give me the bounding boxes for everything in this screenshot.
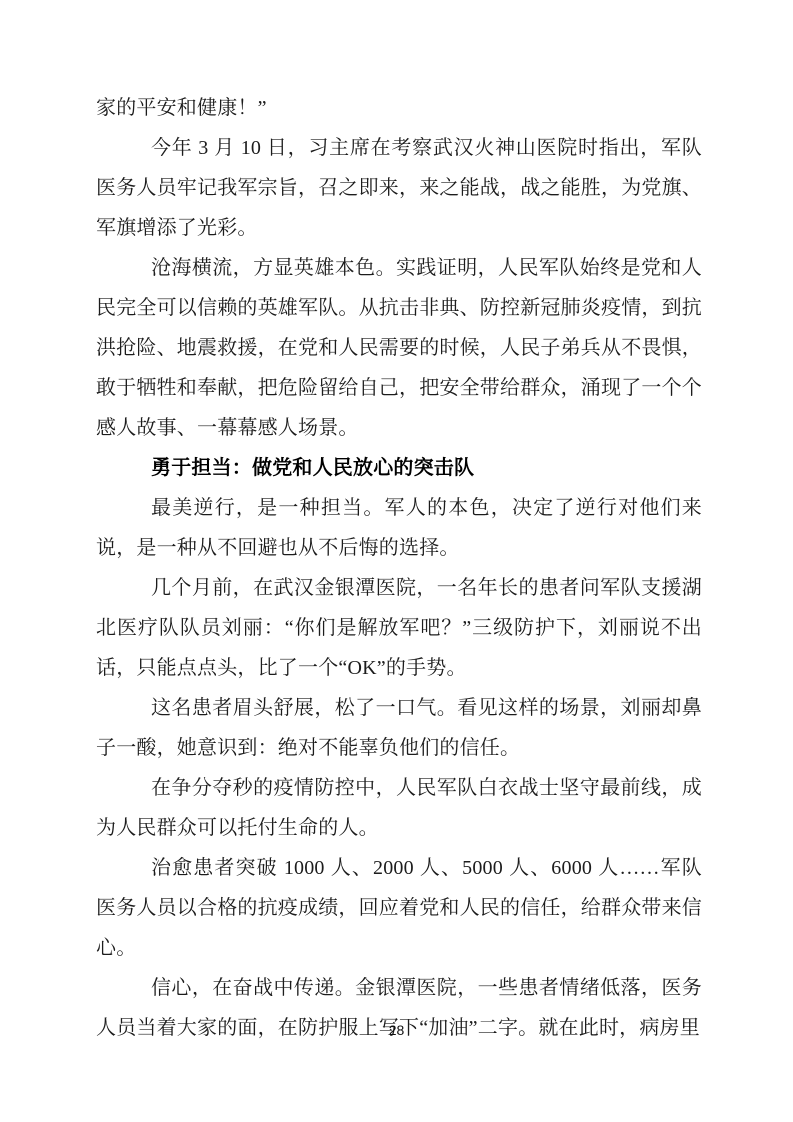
paragraph: 几个月前，在武汉金银潭医院，一名年长的患者问军队支援湖北医疗队队员刘丽：“你们是… [96,568,702,688]
paragraph: 家的平安和健康！” [96,88,702,128]
paragraph: 治愈患者突破 1000 人、2000 人、5000 人、6000 人……军队医务… [96,848,702,968]
paragraph: 今年 3 月 10 日，习主席在考察武汉火神山医院时指出，军队医务人员牢记我军宗… [96,128,702,248]
document-page: 家的平安和健康！”今年 3 月 10 日，习主席在考察武汉火神山医院时指出，军队… [0,0,793,1122]
paragraph: 最美逆行，是一种担当。军人的本色，决定了逆行对他们来说，是一种从不回避也从不后悔… [96,488,702,568]
paragraph: 在争分夺秒的疫情防控中，人民军队白衣战士坚守最前线，成为人民群众可以托付生命的人… [96,768,702,848]
paragraph: 沧海横流，方显英雄本色。实践证明，人民军队始终是党和人民完全可以信赖的英雄军队。… [96,248,702,448]
page-number: 28 [0,1020,793,1040]
paragraph: 这名患者眉头舒展，松了一口气。看见这样的场景，刘丽却鼻子一酸，她意识到：绝对不能… [96,688,702,768]
document-content: 家的平安和健康！”今年 3 月 10 日，习主席在考察武汉火神山医院时指出，军队… [96,88,702,1048]
section-heading: 勇于担当：做党和人民放心的突击队 [96,448,702,488]
